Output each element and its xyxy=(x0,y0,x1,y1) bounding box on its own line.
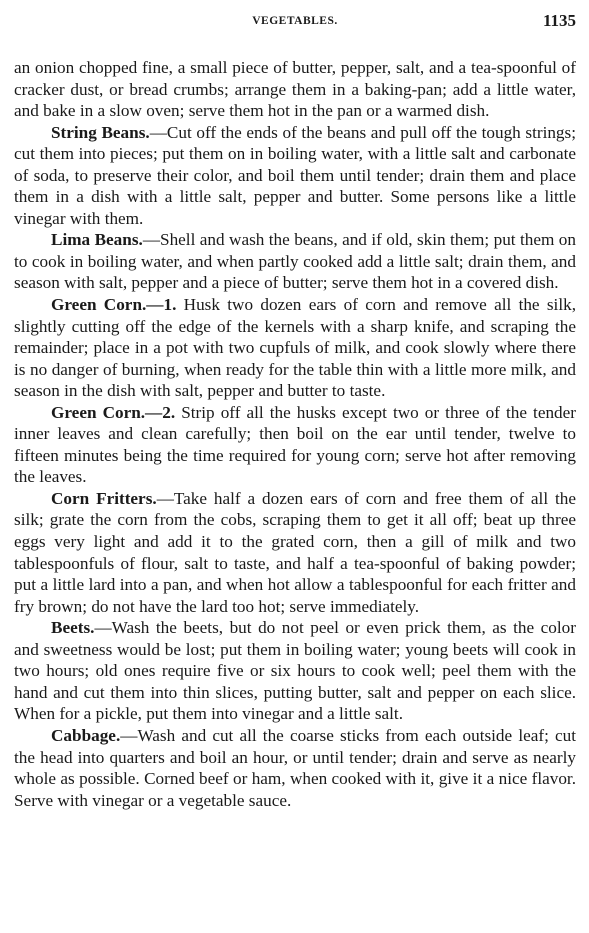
running-head: VEGETABLES. 1135 xyxy=(14,10,576,32)
continuation-paragraph: an onion chopped fine, a small piece of … xyxy=(14,57,576,122)
recipe-heading: Corn Fritters. xyxy=(51,489,157,508)
recipe-beets: Beets.—Wash the beets, but do not peel o… xyxy=(14,617,576,725)
recipe-heading: Beets. xyxy=(51,618,94,637)
running-title: VEGETABLES. xyxy=(14,15,576,27)
recipe-text: —Wash the beets, but do not peel or even… xyxy=(14,618,576,723)
recipe-green-corn-2: Green Corn.—2. Strip off all the husks e… xyxy=(14,402,576,488)
recipe-heading: Lima Beans. xyxy=(51,230,143,249)
body-text: an onion chopped fine, a small piece of … xyxy=(14,57,576,811)
recipe-heading: Green Corn.—2. xyxy=(51,403,175,422)
recipe-corn-fritters: Corn Fritters.—Take half a dozen ears of… xyxy=(14,488,576,617)
recipe-green-corn-1: Green Corn.—1. Husk two dozen ears of co… xyxy=(14,294,576,402)
recipe-heading: String Beans. xyxy=(51,123,150,142)
recipe-lima-beans: Lima Beans.—Shell and wash the beans, an… xyxy=(14,229,576,294)
recipe-cabbage: Cabbage.—Wash and cut all the coarse sti… xyxy=(14,725,576,811)
recipe-heading: Green Corn.—1. xyxy=(51,295,176,314)
page-number: 1135 xyxy=(543,11,576,31)
recipe-heading: Cabbage. xyxy=(51,726,120,745)
recipe-string-beans: String Beans.—Cut off the ends of the be… xyxy=(14,122,576,230)
